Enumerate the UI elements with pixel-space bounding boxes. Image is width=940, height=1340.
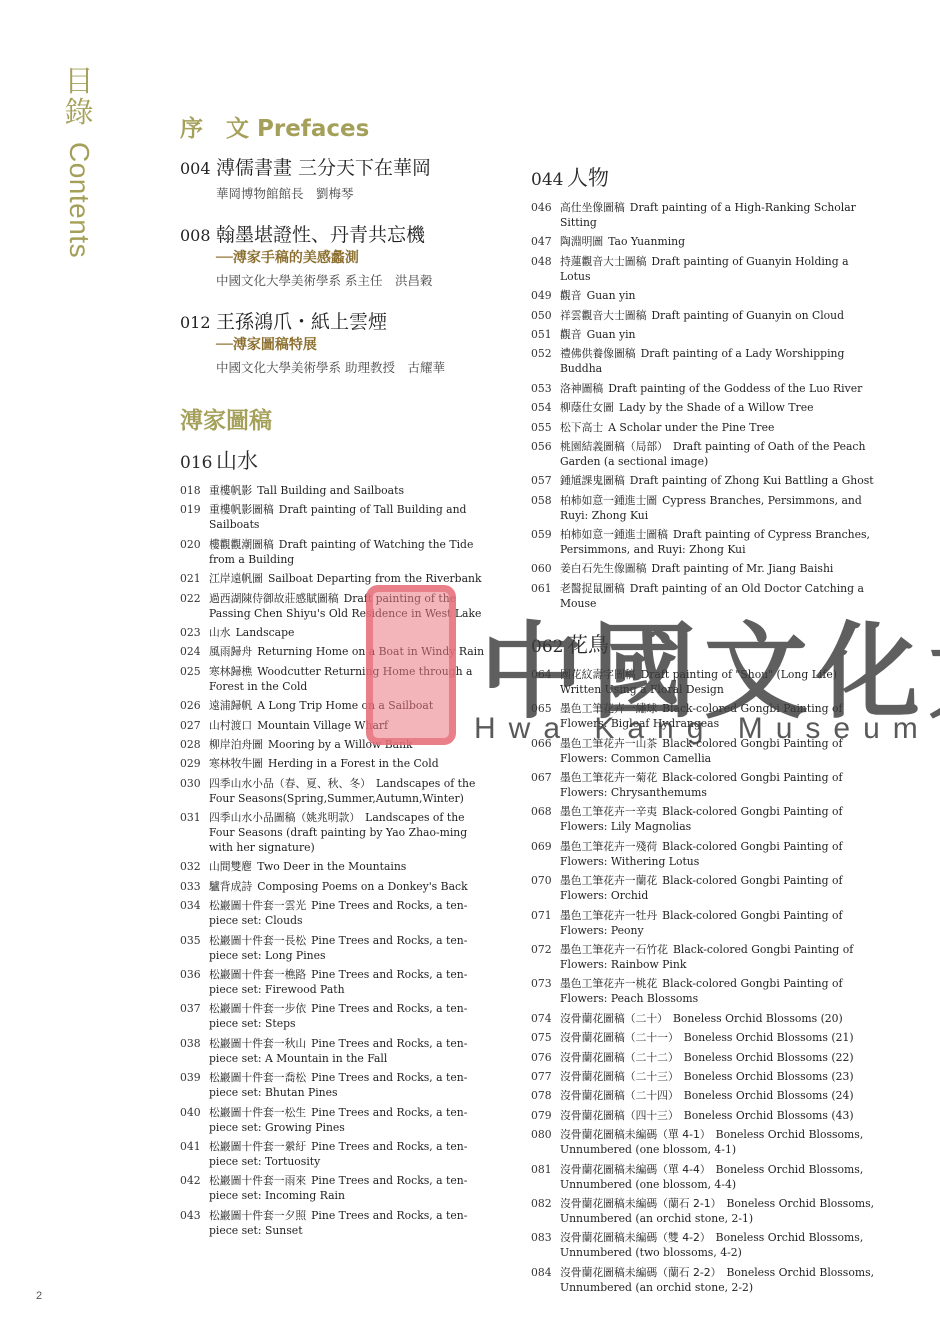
entry-title-zh: 洛神圖稿 [560,382,603,395]
entry-page-number: 052 [531,346,560,376]
preface-title: 翰墨堪證性、丹青共忘機 [216,220,425,247]
entry-title-zh: 江岸遠帆圖 [209,572,263,585]
entry-title-en: Boneless Orchid Blossoms (23) [684,1070,854,1083]
entry-title-zh: 沒骨蘭花圖稿未編碼（蘭石 2-1） [560,1197,721,1210]
entry-title-zh: 沒骨蘭花圖稿（二十三） [560,1070,679,1083]
entry-page-number: 065 [531,701,560,731]
prefaces-heading: 序 文 Prefaces [180,110,490,143]
category-title: 人物 [567,162,609,192]
entry-title-zh: 沒骨蘭花圖稿未編碼（單 4-1） [560,1128,711,1141]
category-page-number: 062 [531,637,567,657]
entry-page-number: 033 [180,879,209,894]
entry-title-zh: 墨色工筆花卉一蘭花 [560,874,657,887]
toc-entry: 048 持蓮觀音大士圖稿Draft painting of Guanyin Ho… [531,254,876,284]
toc-entry: 024 風雨歸舟Returning Home on a Boat in Wind… [180,644,490,659]
entry-title-zh: 松巖圖十件套一縈紆 [209,1140,306,1153]
entry-title-zh: 桃園結義圖稿（局部） [560,440,668,453]
entry-page-number: 037 [180,1001,209,1031]
preface-item: 004 溥儒書畫 三分天下在華岡 華岡博物館館長 劉梅琴 [180,153,490,202]
toc-entry: 057 鍾馗課鬼圖稿Draft painting of Zhong Kui Ba… [531,473,876,488]
entry-page-number: 061 [531,581,560,611]
entry-title-zh: 高仕坐像圖稿 [560,201,625,214]
toc-entry: 058 柏柿如意一鍾進士圖Cypress Branches, Persimmon… [531,493,876,523]
toc-entry: 049 觀音Guan yin [531,288,876,303]
preface-page-number: 012 [180,313,216,332]
entry-page-number: 078 [531,1088,560,1103]
entry-title-en: A Long Trip Home on a Sailboat [257,699,433,712]
entry-title-en: Boneless Orchid Blossoms (21) [684,1031,854,1044]
entry-title-zh: 四季山水小品（春、夏、秋、冬） [209,777,371,790]
category-title: 花鳥 [567,629,609,659]
preface-author: 中國文化大學美術學系 助理教授 古耀華 [216,358,490,376]
toc-entry: 051 觀音Guan yin [531,327,876,342]
toc-entry: 034 松巖圖十件套一雲光Pine Trees and Rocks, a ten… [180,898,490,928]
entry-page-number: 069 [531,839,560,869]
preface-page-number: 004 [180,159,216,178]
entry-title-zh: 松巖圖十件套一夕照 [209,1209,306,1222]
entry-page-number: 021 [180,571,209,586]
toc-entry: 060 姜白石先生像圖稿Draft painting of Mr. Jiang … [531,561,876,576]
entry-title-zh: 松巖圖十件套一松生 [209,1106,306,1119]
toc-entry: 053 洛神圖稿Draft painting of the Goddess of… [531,381,876,396]
entry-page-number: 083 [531,1230,560,1260]
entry-page-number: 048 [531,254,560,284]
entry-title-zh: 老醫捉鼠圖稿 [560,582,625,595]
toc-entry: 075 沒骨蘭花圖稿（二十一）Boneless Orchid Blossoms … [531,1030,876,1045]
contents-title-cjk: 目錄 [62,66,96,128]
preface-subtitle: ──溥家手稿的美感蠡測 [216,247,490,267]
entry-page-number: 022 [180,591,209,621]
toc-entry: 067 墨色工筆花卉一菊花Black-colored Gongbi Painti… [531,770,876,800]
entry-page-number: 079 [531,1108,560,1123]
preface-heading: 004 溥儒書畫 三分天下在華岡 [180,153,490,180]
entry-page-number: 049 [531,288,560,303]
entry-title-zh: 觀音 [560,289,582,302]
entry-title-zh: 沒骨蘭花圖稿未編碼（雙 4-2） [560,1231,711,1244]
entry-title-zh: 墨色工筆花卉一石竹花 [560,943,668,956]
entry-page-number: 067 [531,770,560,800]
entry-page-number: 025 [180,664,209,694]
entry-page-number: 040 [180,1105,209,1135]
toc-entry: 055 松下高士A Scholar under the Pine Tree [531,420,876,435]
entry-title-zh: 山村渡口 [209,719,252,732]
entry-title-zh: 沒骨蘭花圖稿（二十二） [560,1051,679,1064]
entry-title-zh: 墨色工筆花卉一辛夷 [560,805,657,818]
entry-title-zh: 團花紋壽字圖稿 [560,668,636,681]
entry-list: 046 高仕坐像圖稿Draft painting of a High-Ranki… [531,200,876,611]
entry-title-zh: 重樓帆影 [209,484,252,497]
entry-title-en: Guan yin [587,328,636,341]
entry-title-zh: 四季山水小品圖稿（姚兆明款） [209,811,360,824]
entry-page-number: 084 [531,1265,560,1295]
toc-entry: 046 高仕坐像圖稿Draft painting of a High-Ranki… [531,200,876,230]
toc-entry: 084 沒骨蘭花圖稿未編碼（蘭石 2-2）Boneless Orchid Blo… [531,1265,876,1295]
toc-entry: 041 松巖圖十件套一縈紆Pine Trees and Rocks, a ten… [180,1139,490,1169]
toc-entry: 040 松巖圖十件套一松生Pine Trees and Rocks, a ten… [180,1105,490,1135]
entry-page-number: 019 [180,502,209,532]
toc-entry: 056 桃園結義圖稿（局部）Draft painting of Oath of … [531,439,876,469]
entry-title-en: Tao Yuanming [608,235,685,248]
entry-title-en: A Scholar under the Pine Tree [608,421,774,434]
toc-entry: 083 沒骨蘭花圖稿未編碼（雙 4-2）Boneless Orchid Blos… [531,1230,876,1260]
toc-entry: 068 墨色工筆花卉一辛夷Black-colored Gongbi Painti… [531,804,876,834]
preface-title: 王孫鴻爪・紙上雲煙 [216,307,387,334]
category-figures: 044 人物 046 高仕坐像圖稿Draft painting of a Hig… [531,162,876,611]
entry-page-number: 073 [531,976,560,1006]
toc-entry: 070 墨色工筆花卉一蘭花Black-colored Gongbi Painti… [531,873,876,903]
entry-page-number: 046 [531,200,560,230]
right-column: 044 人物 046 高仕坐像圖稿Draft painting of a Hig… [531,152,876,1299]
entry-page-number: 071 [531,908,560,938]
preface-heading: 012 王孫鴻爪・紙上雲煙 [180,307,490,334]
entry-title-en: Sailboat Departing from the Riverbank [268,572,482,585]
entry-title-zh: 墨色工筆花卉一繡球 [560,702,657,715]
entry-title-zh: 樓觀觀潮圖稿 [209,538,274,551]
preface-item: 008 翰墨堪證性、丹青共忘機 ──溥家手稿的美感蠡測中國文化大學美術學系 系主… [180,220,490,289]
entry-title-zh: 寒林歸樵 [209,665,252,678]
toc-entry: 069 墨色工筆花卉一殘荷Black-colored Gongbi Painti… [531,839,876,869]
entry-page-number: 080 [531,1127,560,1157]
entry-title-zh: 沒骨蘭花圖稿未編碼（單 4-4） [560,1163,711,1176]
entry-title-en: Returning Home on a Boat in Windy Rain [257,645,484,658]
preface-author: 中國文化大學美術學系 系主任 洪昌穀 [216,271,490,289]
page-number: 2 [36,1290,42,1302]
entry-page-number: 036 [180,967,209,997]
toc-entry: 064 團花紋壽字圖稿Draft painting of "Shou" (Lon… [531,667,876,697]
drafts-heading: 溥家圖稿 [180,402,490,435]
entry-title-zh: 姜白石先生像圖稿 [560,562,646,575]
entry-title-zh: 驢背成詩 [209,880,252,893]
toc-entry: 030 四季山水小品（春、夏、秋、冬）Landscapes of the Fou… [180,776,490,806]
toc-entry: 029 寒林牧牛圖Herding in a Forest in the Cold [180,756,490,771]
toc-entry: 052 禮佛供養像圖稿Draft painting of a Lady Wors… [531,346,876,376]
entry-page-number: 066 [531,736,560,766]
entry-title-zh: 墨色工筆花卉一山茶 [560,737,657,750]
entry-title-zh: 柳蔭仕女圖 [560,401,614,414]
toc-entry: 027 山村渡口Mountain Village Wharf [180,718,490,733]
entry-page-number: 041 [180,1139,209,1169]
toc-entry: 077 沒骨蘭花圖稿（二十三）Boneless Orchid Blossoms … [531,1069,876,1084]
entry-title-en: Boneless Orchid Blossoms (20) [673,1012,843,1025]
entry-title-zh: 墨色工筆花卉一桃花 [560,977,657,990]
contents-side-title: 目錄 Contents [62,66,96,262]
toc-entry: 080 沒骨蘭花圖稿未編碼（單 4-1）Boneless Orchid Blos… [531,1127,876,1157]
toc-entry: 023 山水Landscape [180,625,490,640]
entry-title-zh: 墨色工筆花卉一菊花 [560,771,657,784]
entry-title-en: Composing Poems on a Donkey's Back [257,880,467,893]
entry-title-zh: 松巖圖十件套一秋山 [209,1037,306,1050]
entry-title-zh: 山水 [209,626,231,639]
preface-item: 012 王孫鴻爪・紙上雲煙 ──溥家圖稿特展中國文化大學美術學系 助理教授 古耀… [180,307,490,376]
entry-title-zh: 松巖圖十件套一樵路 [209,968,306,981]
toc-entry: 022 過西湖陳侍御故莊感賦圖稿Draft painting of the Pa… [180,591,490,621]
toc-entry: 031 四季山水小品圖稿（姚兆明款）Landscapes of the Four… [180,810,490,855]
entry-title-zh: 柏柿如意一鍾進士圖 [560,494,657,507]
toc-entry: 020 樓觀觀潮圖稿Draft painting of Watching the… [180,537,490,567]
entry-title-zh: 松下高士 [560,421,603,434]
entry-page-number: 029 [180,756,209,771]
entry-title-zh: 鍾馗課鬼圖稿 [560,474,625,487]
entry-page-number: 076 [531,1050,560,1065]
contents-title-en-wrap: Contents [62,142,96,262]
entry-title-zh: 沒骨蘭花圖稿（四十三） [560,1109,679,1122]
entry-list: 064 團花紋壽字圖稿Draft painting of "Shou" (Lon… [531,667,876,1295]
entry-title-zh: 松巖圖十件套一長松 [209,934,306,947]
toc-entry: 037 松巖圖十件套一步依Pine Trees and Rocks, a ten… [180,1001,490,1031]
entry-title-zh: 柏柿如意一鍾進士圖稿 [560,528,668,541]
category-landscape: 016 山水 018 重樓帆影Tall Building and Sailboa… [180,445,490,1238]
entry-page-number: 026 [180,698,209,713]
entry-page-number: 075 [531,1030,560,1045]
entry-title-zh: 過西湖陳侍御故莊感賦圖稿 [209,592,339,605]
entry-page-number: 020 [180,537,209,567]
toc-entry: 073 墨色工筆花卉一桃花Black-colored Gongbi Painti… [531,976,876,1006]
entry-title-en: Lady by the Shade of a Willow Tree [619,401,814,414]
entry-title-en: Draft painting of the Goddess of the Luo… [608,382,862,395]
entry-page-number: 038 [180,1036,209,1066]
left-column: 序 文 Prefaces 004 溥儒書畫 三分天下在華岡 華岡博物館館長 劉梅… [180,110,490,1242]
entry-title-zh: 持蓮觀音大士圖稿 [560,255,646,268]
toc-entry: 066 墨色工筆花卉一山茶Black-colored Gongbi Painti… [531,736,876,766]
entry-title-zh: 墨色工筆花卉一牡丹 [560,909,657,922]
entry-page-number: 024 [180,644,209,659]
entry-page-number: 054 [531,400,560,415]
entry-title-zh: 觀音 [560,328,582,341]
entry-page-number: 032 [180,859,209,874]
entry-title-zh: 陶淵明圖 [560,235,603,248]
contents-title-en: Contents [63,142,95,258]
category-heading: 062 花鳥 [531,629,876,659]
entry-title-zh: 祥雲觀音大士圖稿 [560,309,646,322]
entry-title-zh: 遠浦歸帆 [209,699,252,712]
entry-title-zh: 松巖圖十件套一喬松 [209,1071,306,1084]
toc-entry: 028 柳岸泊舟圖Mooring by a Willow Bank [180,737,490,752]
preface-page-number: 008 [180,226,216,245]
entry-title-en: Draft painting of Mr. Jiang Baishi [651,562,833,575]
toc-entry: 072 墨色工筆花卉一石竹花Black-colored Gongbi Paint… [531,942,876,972]
entry-title-en: Boneless Orchid Blossoms (43) [684,1109,854,1122]
entry-page-number: 053 [531,381,560,396]
entry-page-number: 047 [531,234,560,249]
entry-page-number: 018 [180,483,209,498]
entry-page-number: 077 [531,1069,560,1084]
entry-page-number: 050 [531,308,560,323]
entry-page-number: 035 [180,933,209,963]
toc-entry: 050 祥雲觀音大士圖稿Draft painting of Guanyin on… [531,308,876,323]
toc-entry: 018 重樓帆影Tall Building and Sailboats [180,483,490,498]
toc-entry: 061 老醫捉鼠圖稿Draft painting of an Old Docto… [531,581,876,611]
entry-title-zh: 沒骨蘭花圖稿未編碼（蘭石 2-2） [560,1266,721,1279]
entry-page-number: 028 [180,737,209,752]
entry-page-number: 034 [180,898,209,928]
toc-entry: 065 墨色工筆花卉一繡球Black-colored Gongbi Painti… [531,701,876,731]
entry-page-number: 023 [180,625,209,640]
preface-heading: 008 翰墨堪證性、丹青共忘機 [180,220,490,247]
toc-entry: 079 沒骨蘭花圖稿（四十三）Boneless Orchid Blossoms … [531,1108,876,1123]
entry-title-en: Draft painting of Zhong Kui Battling a G… [630,474,874,487]
toc-entry: 025 寒林歸樵Woodcutter Returning Home throug… [180,664,490,694]
entry-title-zh: 松巖圖十件套一步依 [209,1002,306,1015]
toc-entry: 042 松巖圖十件套一雨來Pine Trees and Rocks, a ten… [180,1173,490,1203]
category-heading: 044 人物 [531,162,876,192]
entry-page-number: 058 [531,493,560,523]
entry-title-zh: 禮佛供養像圖稿 [560,347,636,360]
toc-entry: 035 松巖圖十件套一長松Pine Trees and Rocks, a ten… [180,933,490,963]
entry-title-en: Mooring by a Willow Bank [268,738,413,751]
entry-title-en: Guan yin [587,289,636,302]
entry-title-zh: 山間雙麀 [209,860,252,873]
entry-page-number: 043 [180,1208,209,1238]
entry-title-zh: 風雨歸舟 [209,645,252,658]
entry-page-number: 055 [531,420,560,435]
entry-page-number: 064 [531,667,560,697]
entry-list: 018 重樓帆影Tall Building and Sailboats 019 … [180,483,490,1238]
category-title: 山水 [216,445,258,475]
entry-title-en: Draft painting of Guanyin on Cloud [651,309,844,322]
entry-title-zh: 墨色工筆花卉一殘荷 [560,840,657,853]
toc-entry: 021 江岸遠帆圖Sailboat Departing from the Riv… [180,571,490,586]
category-page-number: 044 [531,170,567,190]
prefaces-list: 004 溥儒書畫 三分天下在華岡 華岡博物館館長 劉梅琴 008 翰墨堪證性、丹… [180,153,490,376]
preface-title: 溥儒書畫 三分天下在華岡 [216,153,431,180]
entry-page-number: 072 [531,942,560,972]
entry-title-zh: 沒骨蘭花圖稿（二十） [560,1012,668,1025]
entry-title-en: Herding in a Forest in the Cold [268,757,439,770]
entry-title-zh: 柳岸泊舟圖 [209,738,263,751]
toc-entry: 033 驢背成詩Composing Poems on a Donkey's Ba… [180,879,490,894]
entry-page-number: 051 [531,327,560,342]
toc-entry: 047 陶淵明圖Tao Yuanming [531,234,876,249]
entry-page-number: 039 [180,1070,209,1100]
entry-page-number: 074 [531,1011,560,1026]
toc-entry: 071 墨色工筆花卉一牡丹Black-colored Gongbi Painti… [531,908,876,938]
entry-title-zh: 重樓帆影圖稿 [209,503,274,516]
entry-title-zh: 沒骨蘭花圖稿（二十一） [560,1031,679,1044]
entry-page-number: 070 [531,873,560,903]
entry-title-en: Boneless Orchid Blossoms (22) [684,1051,854,1064]
toc-entry: 019 重樓帆影圖稿Draft painting of Tall Buildin… [180,502,490,532]
entry-title-en: Mountain Village Wharf [257,719,388,732]
entry-title-zh: 松巖圖十件套一雨來 [209,1174,306,1187]
toc-entry: 054 柳蔭仕女圖Lady by the Shade of a Willow T… [531,400,876,415]
entry-page-number: 030 [180,776,209,806]
entry-page-number: 031 [180,810,209,855]
category-page-number: 016 [180,453,216,473]
toc-entry: 074 沒骨蘭花圖稿（二十）Boneless Orchid Blossoms (… [531,1011,876,1026]
preface-subtitle: ──溥家圖稿特展 [216,334,490,354]
entry-title-zh: 松巖圖十件套一雲光 [209,899,306,912]
entry-page-number: 027 [180,718,209,733]
toc-entry: 082 沒骨蘭花圖稿未編碼（蘭石 2-1）Boneless Orchid Blo… [531,1196,876,1226]
entry-title-en: Landscape [236,626,295,639]
toc-entry: 038 松巖圖十件套一秋山Pine Trees and Rocks, a ten… [180,1036,490,1066]
entry-title-en: Boneless Orchid Blossoms (24) [684,1089,854,1102]
entry-page-number: 057 [531,473,560,488]
entry-page-number: 060 [531,561,560,576]
entry-page-number: 056 [531,439,560,469]
category-flowers-birds: 062 花鳥 064 團花紋壽字圖稿Draft painting of "Sho… [531,629,876,1295]
category-heading: 016 山水 [180,445,490,475]
entry-page-number: 081 [531,1162,560,1192]
toc-entry: 043 松巖圖十件套一夕照Pine Trees and Rocks, a ten… [180,1208,490,1238]
preface-author: 華岡博物館館長 劉梅琴 [216,184,490,202]
entry-page-number: 042 [180,1173,209,1203]
toc-entry: 059 柏柿如意一鍾進士圖稿Draft painting of Cypress … [531,527,876,557]
entry-title-zh: 寒林牧牛圖 [209,757,263,770]
entry-title-en: Tall Building and Sailboats [257,484,404,497]
toc-entry: 076 沒骨蘭花圖稿（二十二）Boneless Orchid Blossoms … [531,1050,876,1065]
toc-entry: 078 沒骨蘭花圖稿（二十四）Boneless Orchid Blossoms … [531,1088,876,1103]
toc-entry: 036 松巖圖十件套一樵路Pine Trees and Rocks, a ten… [180,967,490,997]
toc-entry: 081 沒骨蘭花圖稿未編碼（單 4-4）Boneless Orchid Blos… [531,1162,876,1192]
entry-page-number: 068 [531,804,560,834]
toc-entry: 026 遠浦歸帆A Long Trip Home on a Sailboat [180,698,490,713]
entry-page-number: 059 [531,527,560,557]
entry-title-zh: 沒骨蘭花圖稿（二十四） [560,1089,679,1102]
entry-title-en: Two Deer in the Mountains [257,860,406,873]
toc-entry: 039 松巖圖十件套一喬松Pine Trees and Rocks, a ten… [180,1070,490,1100]
toc-entry: 032 山間雙麀Two Deer in the Mountains [180,859,490,874]
entry-page-number: 082 [531,1196,560,1226]
